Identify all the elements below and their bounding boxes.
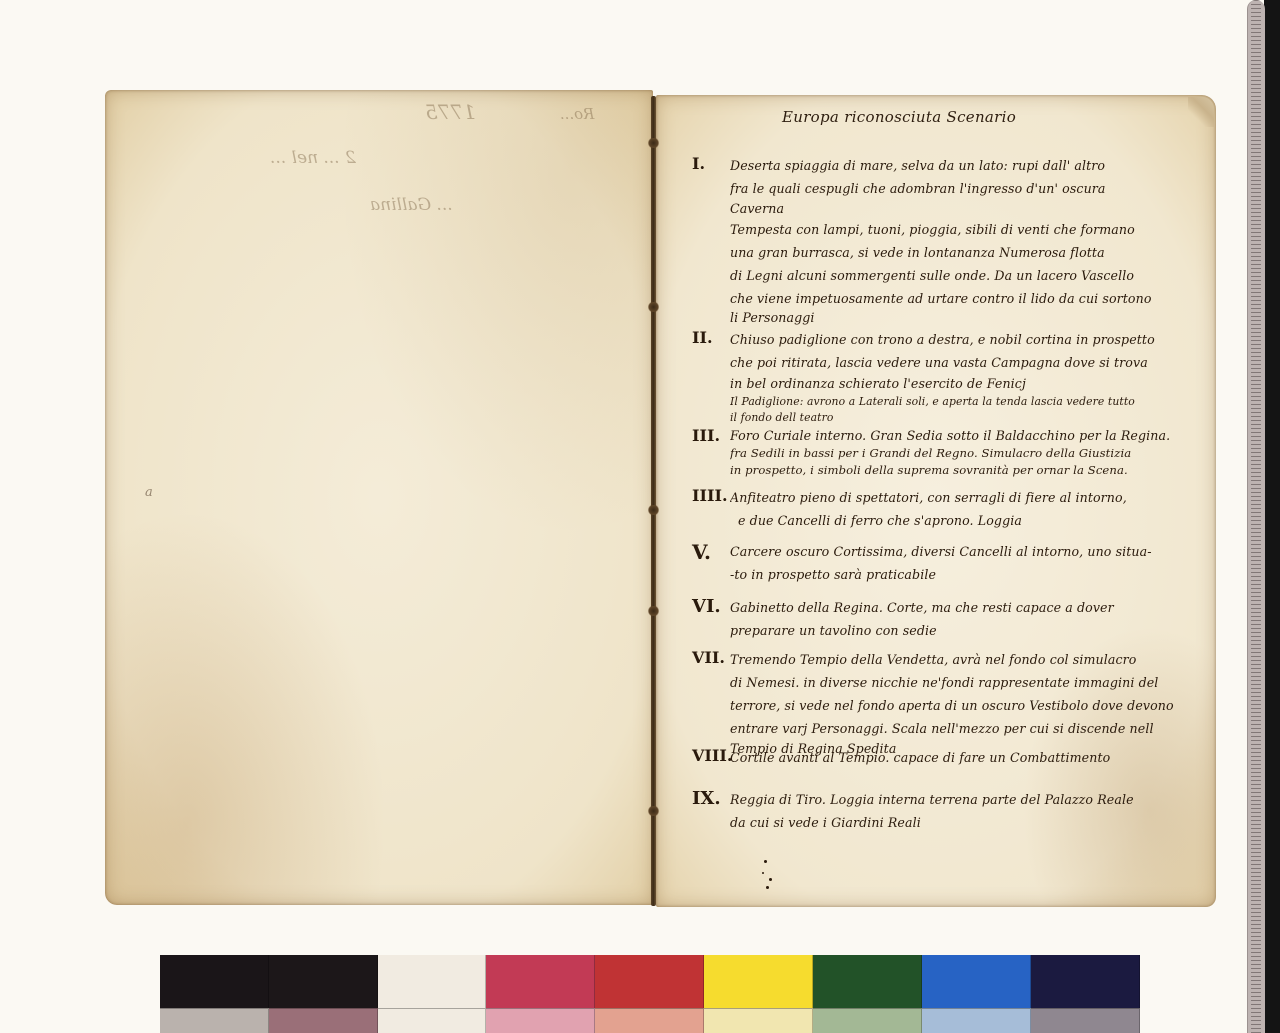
binding-stitch: [647, 606, 660, 616]
entry-line: di Legni alcuni sommergenti sulle onde. …: [730, 264, 1214, 287]
entry-line: fra le quali cespugli che adombran l'ing…: [730, 177, 1214, 200]
entry-line: entrare varj Personaggi. Scala nell'mezz…: [730, 717, 1214, 740]
entry-line: che poi ritirata, lascia vedere una vast…: [730, 351, 1214, 374]
page-title: Europa riconosciuta Scenario: [782, 108, 1016, 126]
entry-line: Foro Curiale interno. Gran Sedia sotto i…: [730, 426, 1214, 445]
entry-line: li Personaggi: [730, 310, 1214, 326]
color-patch-black-2: [269, 955, 378, 1008]
entry-line: Cortile avanti al Tempio. capace di fare…: [730, 746, 1214, 769]
ink-dots: [758, 858, 778, 898]
binding-stitch: [647, 505, 660, 515]
color-patch-pale-green: [813, 1008, 922, 1033]
color-patch-black-1: [160, 955, 269, 1008]
color-patch-white: [378, 1008, 486, 1033]
entry-line: fra Sedili in bassi per i Grandi del Reg…: [730, 445, 1214, 462]
color-patch-red: [595, 955, 704, 1008]
bleed-through-text-3: ... Gallina: [370, 195, 453, 215]
color-patch-magenta-red: [486, 955, 595, 1008]
entry-line: Anfiteatro pieno di spettatori, con serr…: [730, 486, 1214, 509]
entry-number: V.: [692, 540, 711, 564]
entry-number: III.: [692, 426, 720, 445]
color-patch-pink: [486, 1008, 595, 1033]
entry-line: Gabinetto della Regina. Corte, ma che re…: [730, 596, 1214, 619]
entry-number: VIII.: [692, 746, 732, 765]
entry-number: VI.: [692, 596, 721, 617]
measurement-ruler: [1247, 0, 1265, 1033]
color-patch-green: [813, 955, 922, 1008]
entry-line: Tempesta con lampi, tuoni, pioggia, sibi…: [730, 218, 1214, 241]
color-patch-navy: [1031, 955, 1140, 1008]
entry-line: in prospetto, i simboli della suprema so…: [730, 462, 1214, 479]
entry-line: in bel ordinanza schierato l'esercito de…: [730, 374, 1214, 394]
entry-line: -to in prospetto sarà praticabile: [730, 563, 1214, 586]
entry-line: Deserta spiaggia di mare, selva da un la…: [730, 154, 1214, 177]
entry-line: Caverna: [730, 200, 1214, 218]
binding-stitch: [647, 302, 660, 312]
bleed-through-year: 1775: [425, 100, 476, 124]
color-patch-gray-violet: [1031, 1008, 1140, 1033]
bleed-through-text-2: 2 ... nel ...: [270, 148, 356, 168]
binding-stitch: [647, 806, 660, 816]
binding-stitch: [647, 138, 660, 148]
margin-mark: a: [145, 485, 153, 500]
entry-line: terrore, si vede nel fondo aperta di un …: [730, 694, 1214, 717]
entry-line: preparare un tavolino con sedie: [730, 619, 1214, 642]
entry-number: IIII.: [692, 486, 728, 505]
entry-line: Tremendo Tempio della Vendetta, avrà nel…: [730, 648, 1214, 671]
entry-number: II.: [692, 328, 713, 347]
book-spine: [651, 96, 656, 906]
bleed-through-text-1: Ro...: [560, 105, 594, 123]
entry-line: una gran burrasca, si vede in lontananza…: [730, 241, 1214, 264]
entry-line: Reggia di Tiro. Loggia interna terrena p…: [730, 788, 1214, 811]
entry-line: che viene impetuosamente ad urtare contr…: [730, 287, 1214, 310]
color-patch-pale-blue: [922, 1008, 1031, 1033]
color-patch-mauve: [269, 1008, 378, 1033]
entry-note-line: il fondo dell teatro: [730, 410, 1214, 426]
scan-scene: 1775 Ro... 2 ... nel ... ... Gallina a E…: [0, 0, 1280, 1033]
color-calibration-chart: [160, 955, 1140, 1033]
entry-line: Chiuso padiglione con trono a destra, e …: [730, 328, 1214, 351]
entry-number: VII.: [692, 648, 725, 667]
entry-line: e due Cancelli di ferro che s'aprono. Lo…: [730, 509, 1214, 532]
entry-line: di Nemesi. in diverse nicchie ne'fondi r…: [730, 671, 1214, 694]
entry-number: I.: [692, 154, 705, 173]
entry-note-line: Il Padiglione: avrono a Laterali soli, e…: [730, 394, 1214, 410]
entry-line: da cui si vede i Giardini Reali: [730, 811, 1214, 834]
color-patch-salmon: [595, 1008, 704, 1033]
color-patch-blue: [922, 955, 1031, 1008]
entry-number: IX.: [692, 788, 721, 809]
ruler-backing: [1264, 0, 1280, 1033]
color-patch-light-gray: [160, 1008, 269, 1033]
entry-line: Carcere oscuro Cortissima, diversi Cance…: [730, 540, 1214, 563]
color-patch-pale-yellow: [704, 1008, 813, 1033]
color-patch-white: [378, 955, 486, 1008]
color-patch-yellow: [704, 955, 813, 1008]
